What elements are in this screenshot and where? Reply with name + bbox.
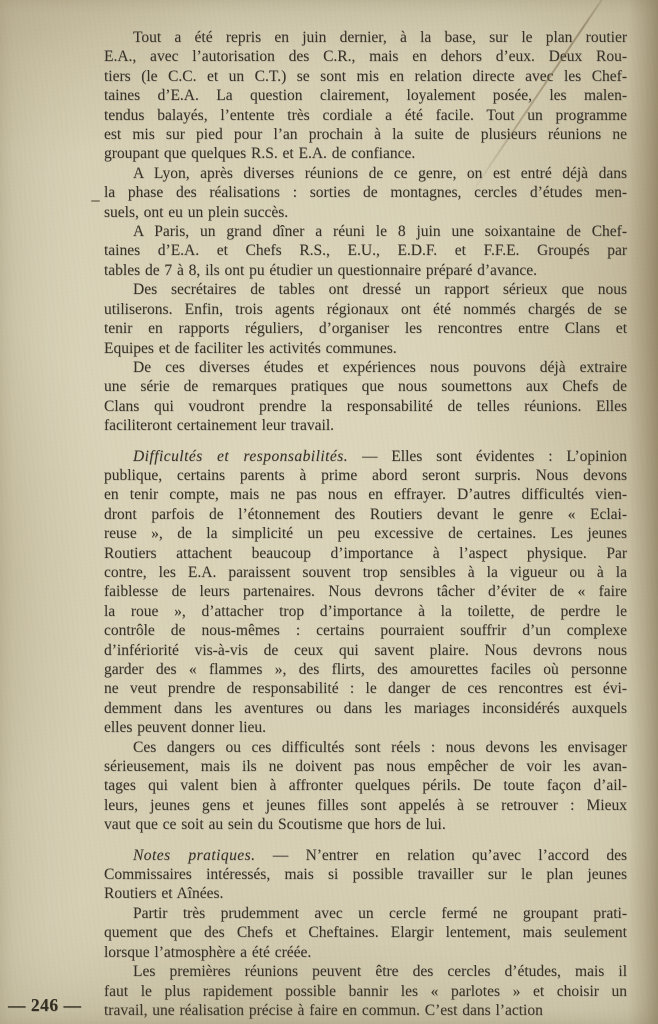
text-line: la roue », d’attacher trop d’importance … [104, 602, 627, 621]
text-line: travail, une réalisation précise à faire… [104, 1001, 627, 1020]
scanned-page: Tout a été repris en juin dernier, à la … [0, 0, 658, 1024]
text-line: contre, les E.A. paraissent souvent trop… [104, 563, 627, 582]
text-line: en tenir compte, mais ne pas nous en eff… [104, 485, 627, 504]
text-line: Equipes et de faciliter les activités co… [104, 339, 627, 358]
text-line: suels, ont eu un plein succès. [104, 203, 627, 222]
text-line: Commissaires intéressés, mais si possibl… [104, 865, 627, 884]
text-line: est mis sur pied pour l’an prochain à la… [104, 125, 627, 144]
text-line: Difficultés et responsabilités. — Elles … [104, 447, 627, 466]
paragraph: Partir très prudemment avec un cercle fe… [104, 904, 627, 962]
text-line: faiblesse de leurs partenaires. Nous dev… [104, 582, 627, 601]
text-line: tendus balayés, l’entente très cordiale … [104, 106, 627, 125]
section-lead-italic: Notes pratiques. [133, 847, 255, 864]
paragraph: Les premières réunions peuvent être des … [104, 962, 627, 1020]
section-lead-italic: Difficultés et responsabilités. [133, 448, 348, 465]
paragraph: A Lyon, après diverses réunions de ce ge… [104, 164, 627, 222]
paragraph: Tout a été repris en juin dernier, à la … [104, 28, 627, 164]
text-line: Notes pratiques. — N’entrer en relation … [104, 846, 627, 865]
text-line: Les premières réunions peuvent être des … [104, 962, 627, 981]
text-line: groupant que quelques R.S. et E.A. de co… [104, 144, 627, 163]
paragraph: Ces dangers ou ces difficultés sont réel… [104, 738, 627, 835]
page-number: — 246 — [8, 995, 104, 1016]
text-line: Ces dangers ou ces difficultés sont réel… [104, 738, 627, 757]
text-line: taines d’E.A. La question clairement, lo… [104, 86, 627, 105]
text-line: reuse », de la simplicité un peu excessi… [104, 524, 627, 543]
text-line: la phase des réalisations : sorties de m… [104, 183, 627, 202]
text-line: d’infériorité vis-à-vis de ceux qui save… [104, 641, 627, 660]
text-line: Routiers et Aînées. [104, 884, 627, 903]
text-line: faut le plus rapidement possible bannir … [104, 982, 627, 1001]
text-line: Des secrétaires de tables ont dressé un … [104, 280, 627, 299]
text-line: tables de 7 à 8, ils ont pu étudier un q… [104, 261, 627, 280]
text-line: elles peuvent donner lieu. [104, 718, 627, 737]
paragraph: De ces diverses études et expériences no… [104, 358, 627, 436]
text-line: Partir très prudemment avec un cercle fe… [104, 904, 627, 923]
text-line: contrôle de nous-mêmes : certains pourra… [104, 621, 627, 640]
text-line: publique, certains parents à prime abord… [104, 466, 627, 485]
text-line: leurs, jeunes gens et jeunes filles sont… [104, 796, 627, 815]
binding-shadow [628, 0, 658, 1024]
text-line: taines d’E.A. et Chefs R.S., E.U., E.D.F… [104, 241, 627, 260]
text-line: tages qui valent bien à affronter quelqu… [104, 776, 627, 795]
text-line: ne veut prendre de responsabilité : le d… [104, 679, 627, 698]
smudge-mark [91, 200, 100, 202]
paragraph: A Paris, un grand dîner a réuni le 8 jui… [104, 222, 627, 280]
text-line: Routiers attachent beaucoup d’importance… [104, 544, 627, 563]
text-line: utiliserons. Enfin, trois agents régiona… [104, 300, 627, 319]
text-line: A Paris, un grand dîner a réuni le 8 jui… [104, 222, 627, 241]
text-line: tenir en rapports réguliers, d’organiser… [104, 319, 627, 338]
text-line: E.A., avec l’autorisation des C.R., mais… [104, 47, 627, 66]
text-line: demment dans les aventures ou dans les m… [104, 699, 627, 718]
text-line: une série de remarques pratiques que nou… [104, 377, 627, 396]
text-line: vaut que ce soit au sein du Scoutisme qu… [104, 815, 627, 834]
text-line: lorsque l’atmosphère a été créée. [104, 943, 627, 962]
text-line: quement que des Chefs et Cheftaines. Ela… [104, 923, 627, 942]
text-line: Clans qui voudront prendre la responsabi… [104, 397, 627, 416]
text-line: De ces diverses études et expériences no… [104, 358, 627, 377]
text-line: dront parfois de l’étonnement des Routie… [104, 505, 627, 524]
text-line: tiers (le C.C. et un C.T.) se sont mis e… [104, 67, 627, 86]
text-line: sérieusement, mais ils ne doivent pas no… [104, 757, 627, 776]
paragraph: Des secrétaires de tables ont dressé un … [104, 280, 627, 358]
text-line: A Lyon, après diverses réunions de ce ge… [104, 164, 627, 183]
text-line: faciliteront certainement leur travail. [104, 416, 627, 435]
text-line: Tout a été repris en juin dernier, à la … [104, 28, 627, 47]
text-line: garder des « flammes », des flirts, des … [104, 660, 627, 679]
body-text: Tout a été repris en juin dernier, à la … [104, 28, 627, 1020]
paragraph: Notes pratiques. — N’entrer en relation … [104, 846, 627, 904]
paragraph: Difficultés et responsabilités. — Elles … [104, 447, 627, 738]
